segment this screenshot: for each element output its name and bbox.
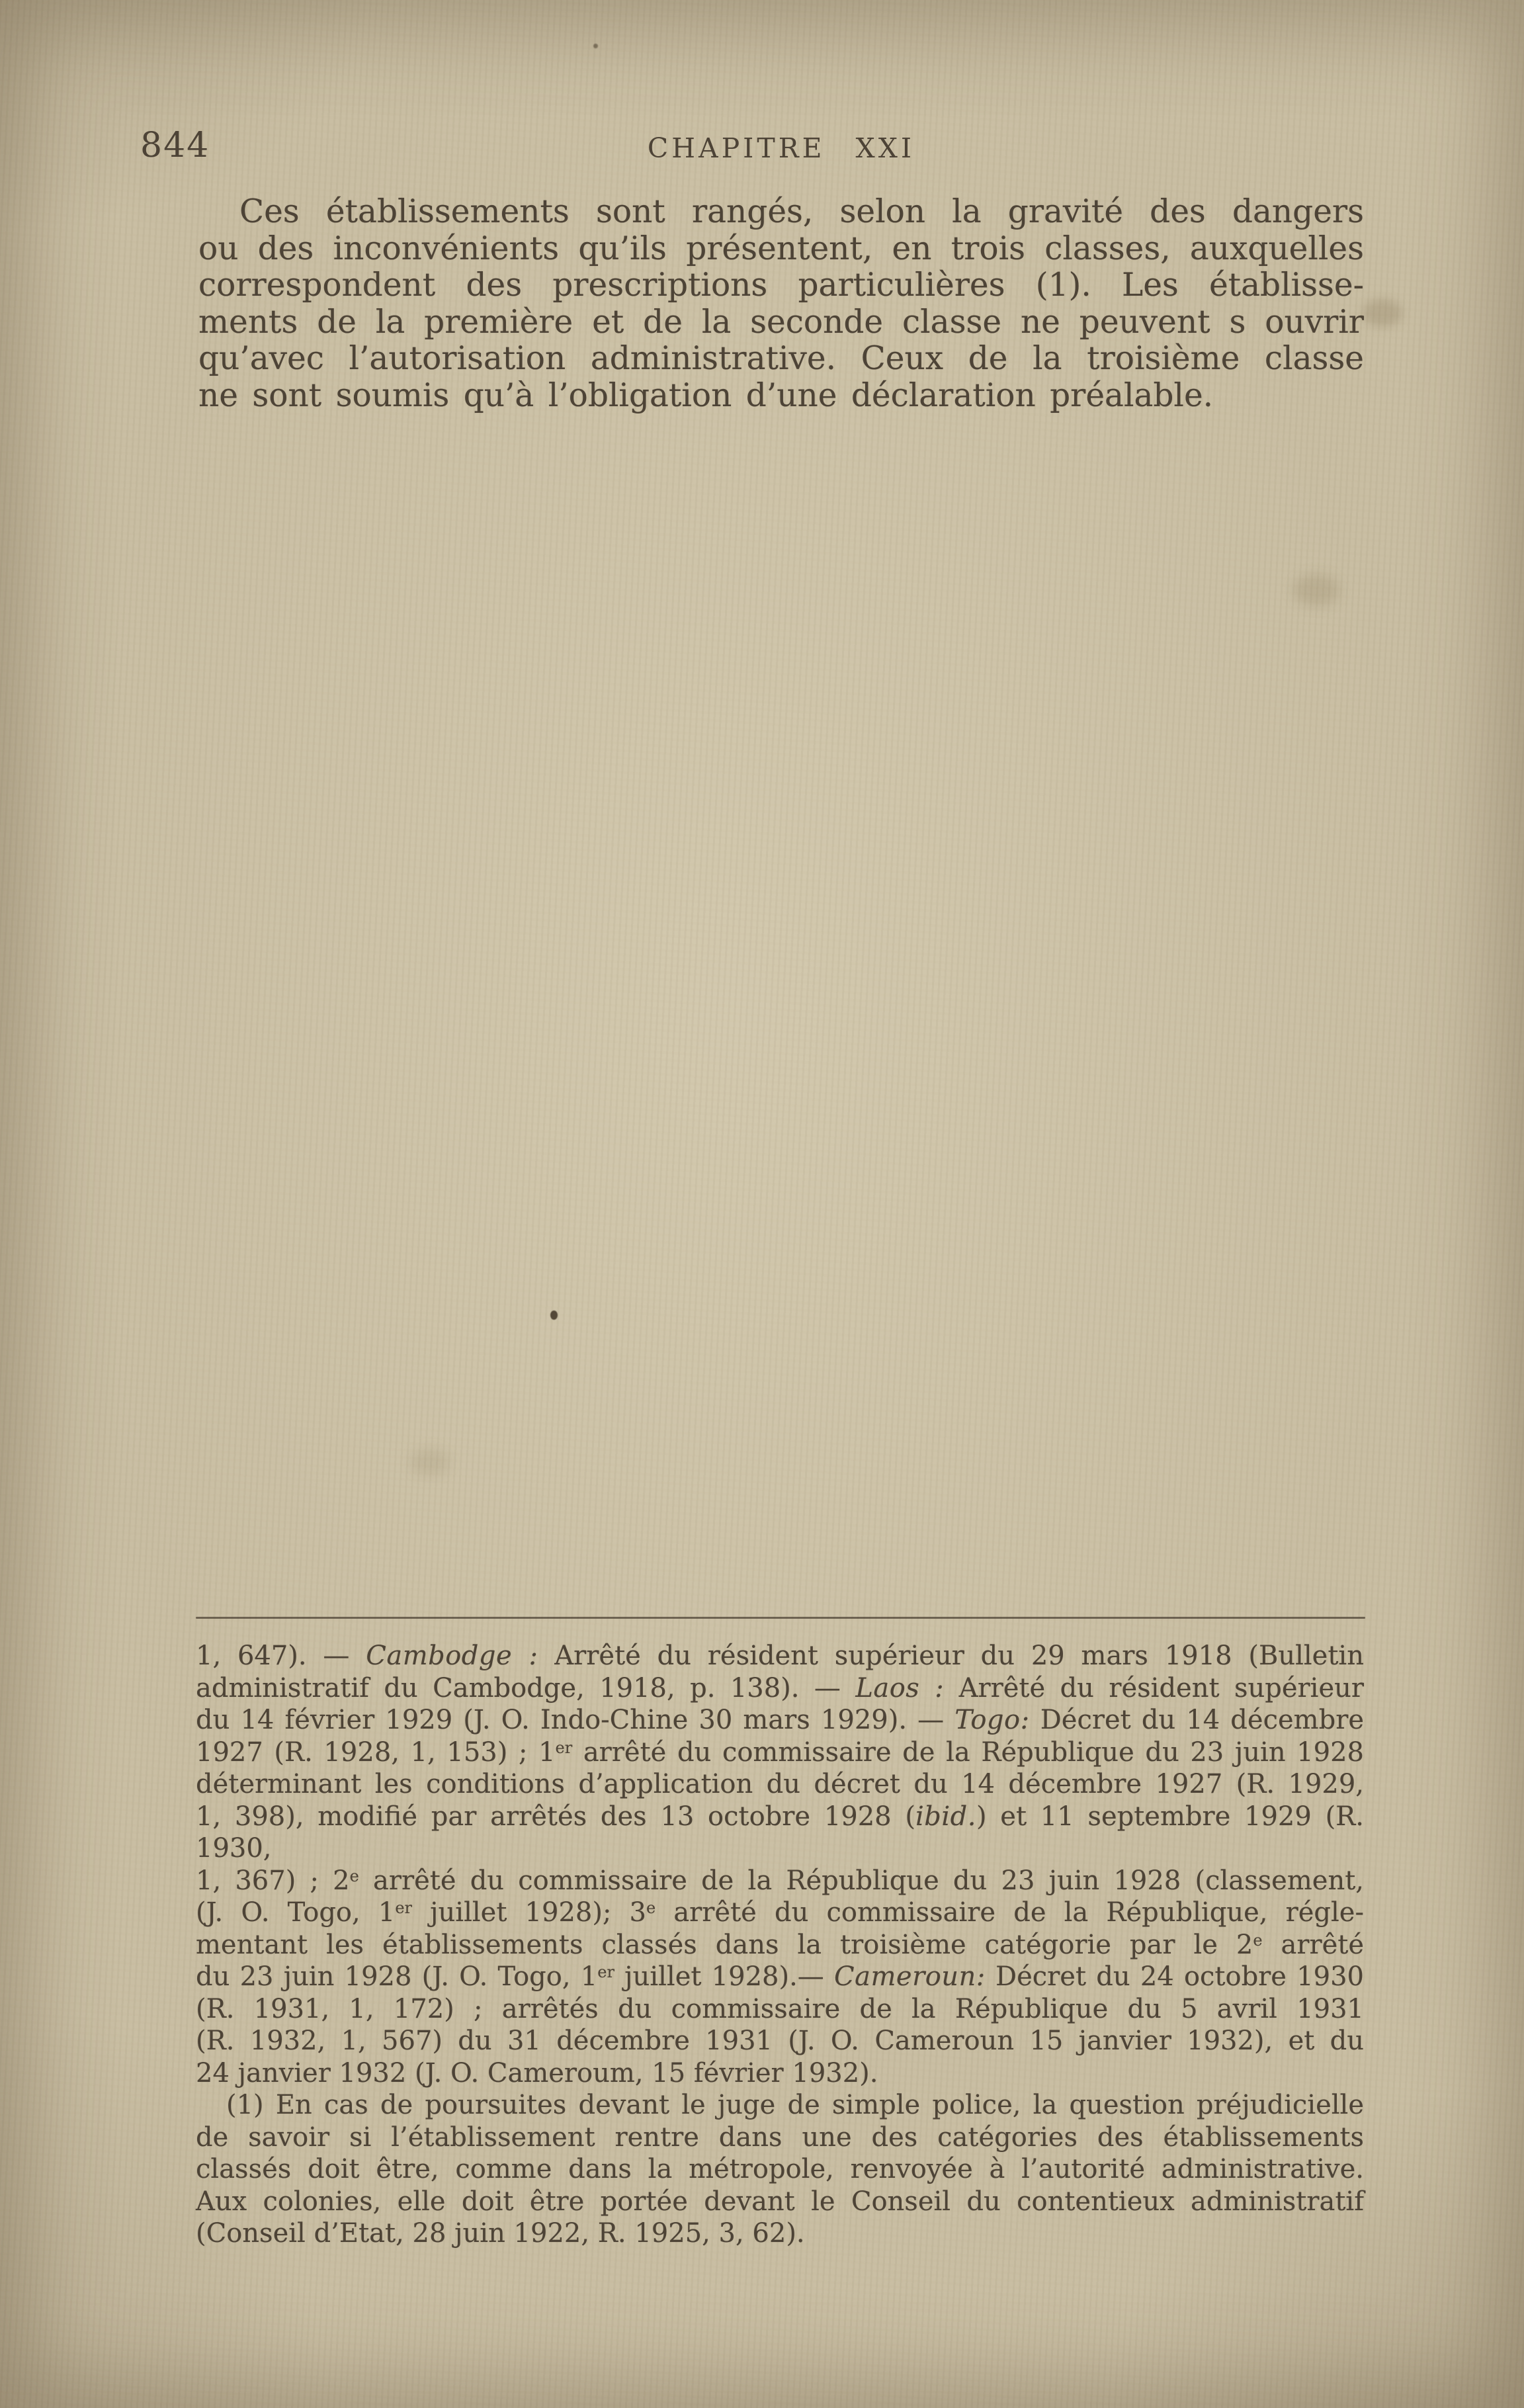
text-line: (R. 1931, 1, 172) ; arrêtés du commissai… <box>196 1993 1364 2026</box>
text-line: correspondent des prescriptions particul… <box>198 267 1364 304</box>
paper-stain <box>410 1449 450 1475</box>
paper-speck <box>593 44 598 48</box>
text-line: du 14 février 1929 (J. O. Indo-Chine 30 … <box>196 1704 1364 1737</box>
text-line: ou des inconvénients qu’ils présentent, … <box>198 231 1364 268</box>
footnote-continuation: 1, 647). — Cambodge : Arrêté du résident… <box>196 1640 1364 2089</box>
text-line: (R. 1932, 1, 567) du 31 décembre 1931 (J… <box>196 2025 1364 2057</box>
text-line: ments de la première et de la seconde cl… <box>198 304 1364 341</box>
main-paragraph: Ces établissements sont rangés, selon la… <box>198 194 1364 414</box>
text-line: (Conseil d’Etat, 28 juin 1922, R. 1925, … <box>196 2217 1364 2250</box>
text-line: 1, 398), modifié par arrêtés des 13 octo… <box>196 1801 1364 1865</box>
text-line: administratif du Cambodge, 1918, p. 138)… <box>196 1672 1364 1705</box>
text-line: classés doit être, comme dans la métropo… <box>196 2153 1364 2186</box>
text-line: du 23 juin 1928 (J. O. Togo, 1er juillet… <box>196 1961 1364 1993</box>
text-line: de savoir si l’établissement rentre dans… <box>196 2122 1364 2154</box>
ink-spot <box>550 1311 558 1320</box>
scanned-book-page: 844 CHAPITRE XXI Ces établissements sont… <box>0 0 1524 2408</box>
text-line: qu’avec l’autorisation administrative. C… <box>198 341 1364 378</box>
text-line: Aux colonies, elle doit être portée deva… <box>196 2186 1364 2218</box>
text-line: 1927 (R. 1928, 1, 153) ; 1er arrêté du c… <box>196 1737 1364 1769</box>
text-line: (1) En cas de poursuites devant le juge … <box>196 2089 1364 2122</box>
text-line: 1, 647). — Cambodge : Arrêté du résident… <box>196 1640 1364 1672</box>
text-line: 1, 367) ; 2e arrêté du commissaire de la… <box>196 1865 1364 1897</box>
footnote-divider <box>196 1617 1365 1619</box>
text-line: (J. O. Togo, 1er juillet 1928); 3e arrêt… <box>196 1897 1364 1929</box>
footnote-section: 1, 647). — Cambodge : Arrêté du résident… <box>196 1640 1364 2250</box>
text-line: mentant les établissements classés dans … <box>196 1929 1364 1961</box>
paper-stain <box>1293 574 1339 606</box>
footnote-1: (1) En cas de poursuites devant le juge … <box>196 2089 1364 2250</box>
chapter-header: CHAPITRE XXI <box>198 132 1364 164</box>
text-line: déterminant les conditions d’application… <box>196 1768 1364 1801</box>
paper-stain <box>1363 299 1402 327</box>
text-line: 24 janvier 1932 (J. O. Cameroum, 15 févr… <box>196 2057 1364 2090</box>
text-line: ne sont soumis qu’à l’obligation d’une d… <box>198 378 1364 415</box>
text-line: Ces établissements sont rangés, selon la… <box>198 194 1364 231</box>
